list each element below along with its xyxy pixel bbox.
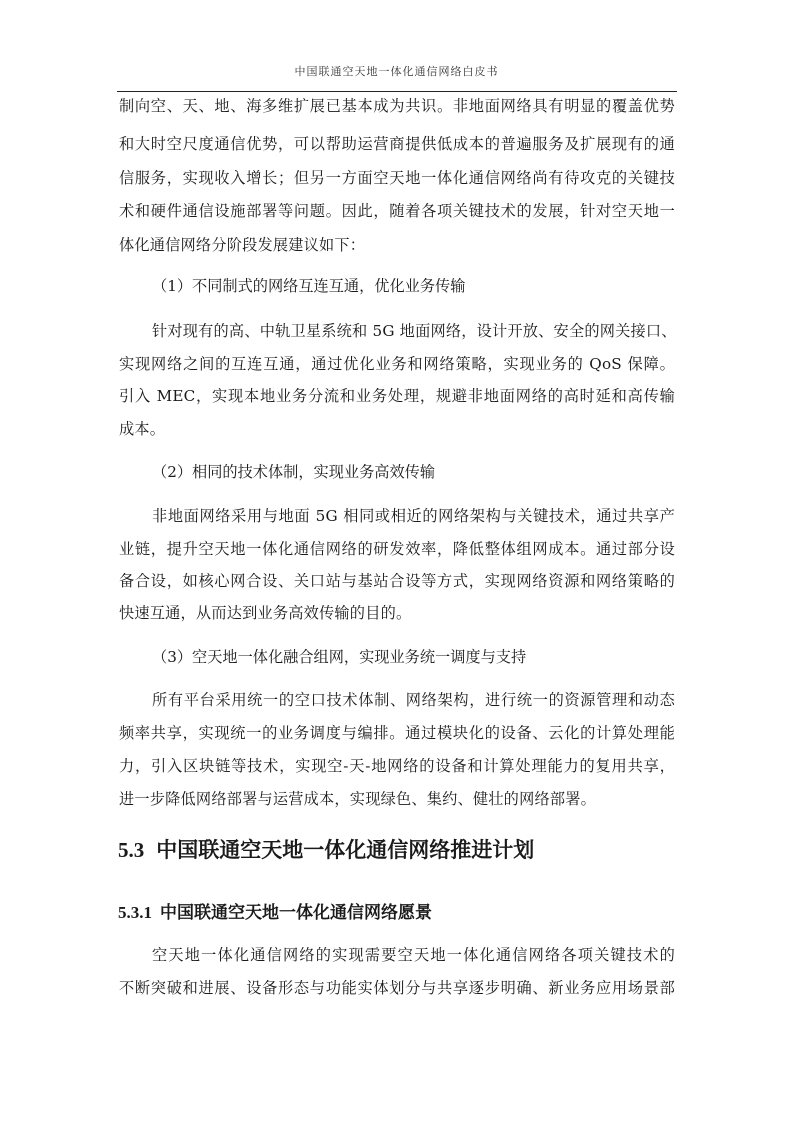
paragraph-line: 针对现有的高、中轨卫星系统和 5G 地面网络，设计开放、安全的网关接口、	[152, 321, 675, 341]
paragraph-line: 实现网络之间的互连互通，通过优化业务和网络策略，实现业务的 QoS 保障。	[119, 354, 675, 374]
item-heading-3: （3）空天地一体化融合组网，实现业务统一调度与支持	[152, 647, 526, 667]
paragraph-line: 体化通信网络分阶段发展建议如下：	[119, 235, 675, 255]
section-title: 中国联通空天地一体化通信网络推进计划	[156, 838, 534, 862]
paragraph-line: 空天地一体化通信网络的实现需要空天地一体化通信网络各项关键技术的	[152, 945, 675, 965]
paragraph-line: 业链，提升空天地一体化通信网络的研发效率，降低整体组网成本。通过部分设	[119, 539, 675, 559]
paragraph-line: 制向空、天、地、海多维扩展已基本成为共识。非地面网络具有明显的覆盖优势	[119, 96, 675, 116]
paragraph-line: 成本。	[119, 419, 675, 439]
paragraph-line: 力，引入区块链等技术，实现空-天-地网络的设备和计算处理能力的复用共享，	[119, 756, 675, 776]
item-heading-2: （2）相同的技术体制，实现业务高效传输	[152, 462, 435, 482]
paragraph-line: 术和硬件通信设施部署等问题。因此，随着各项关键技术的发展，针对空天地一	[119, 201, 675, 221]
subsection-number: 5.3.1	[118, 903, 152, 922]
header-rule	[117, 91, 677, 92]
section-number: 5.3	[118, 838, 144, 862]
paragraph-line: 信服务，实现收入增长；但另一方面空天地一体化通信网络尚有待攻克的关键技	[119, 168, 675, 188]
running-header: 中国联通空天地一体化通信网络白皮书	[0, 63, 793, 79]
paragraph-line: 频率共享，实现统一的业务调度与编排。通过模块化的设备、云化的计算处理能	[119, 723, 675, 743]
paragraph-line: 进一步降低网络部署与运营成本，实现绿色、集约、健壮的网络部署。	[119, 789, 675, 809]
paragraph-line: 不断突破和进展、设备形态与功能实体划分与共享逐步明确、新业务应用场景部	[119, 978, 675, 998]
paragraph-line: 和大时空尺度通信优势，可以帮助运营商提供低成本的普遍服务及扩展现有的通	[119, 134, 675, 154]
paragraph-line: 引入 MEC，实现本地业务分流和业务处理，规避非地面网络的高时延和高传输	[119, 386, 675, 406]
paragraph-line: 快速互通，从而达到业务高效传输的目的。	[119, 603, 675, 623]
paragraph-line: 非地面网络采用与地面 5G 相同或相近的网络架构与关键技术，通过共享产	[152, 506, 675, 526]
section-heading: 5.3中国联通空天地一体化通信网络推进计划	[118, 834, 534, 864]
subsection-heading: 5.3.1中国联通空天地一体化通信网络愿景	[118, 898, 432, 923]
subsection-title: 中国联通空天地一体化通信网络愿景	[160, 903, 432, 923]
item-heading-1: （1）不同制式的网络互连互通，优化业务传输	[152, 276, 465, 296]
paragraph-line: 备合设，如核心网合设、关口站与基站合设等方式，实现网络资源和网络策略的	[119, 571, 675, 591]
paragraph-line: 所有平台采用统一的空口技术体制、网络架构，进行统一的资源管理和动态	[152, 690, 675, 710]
